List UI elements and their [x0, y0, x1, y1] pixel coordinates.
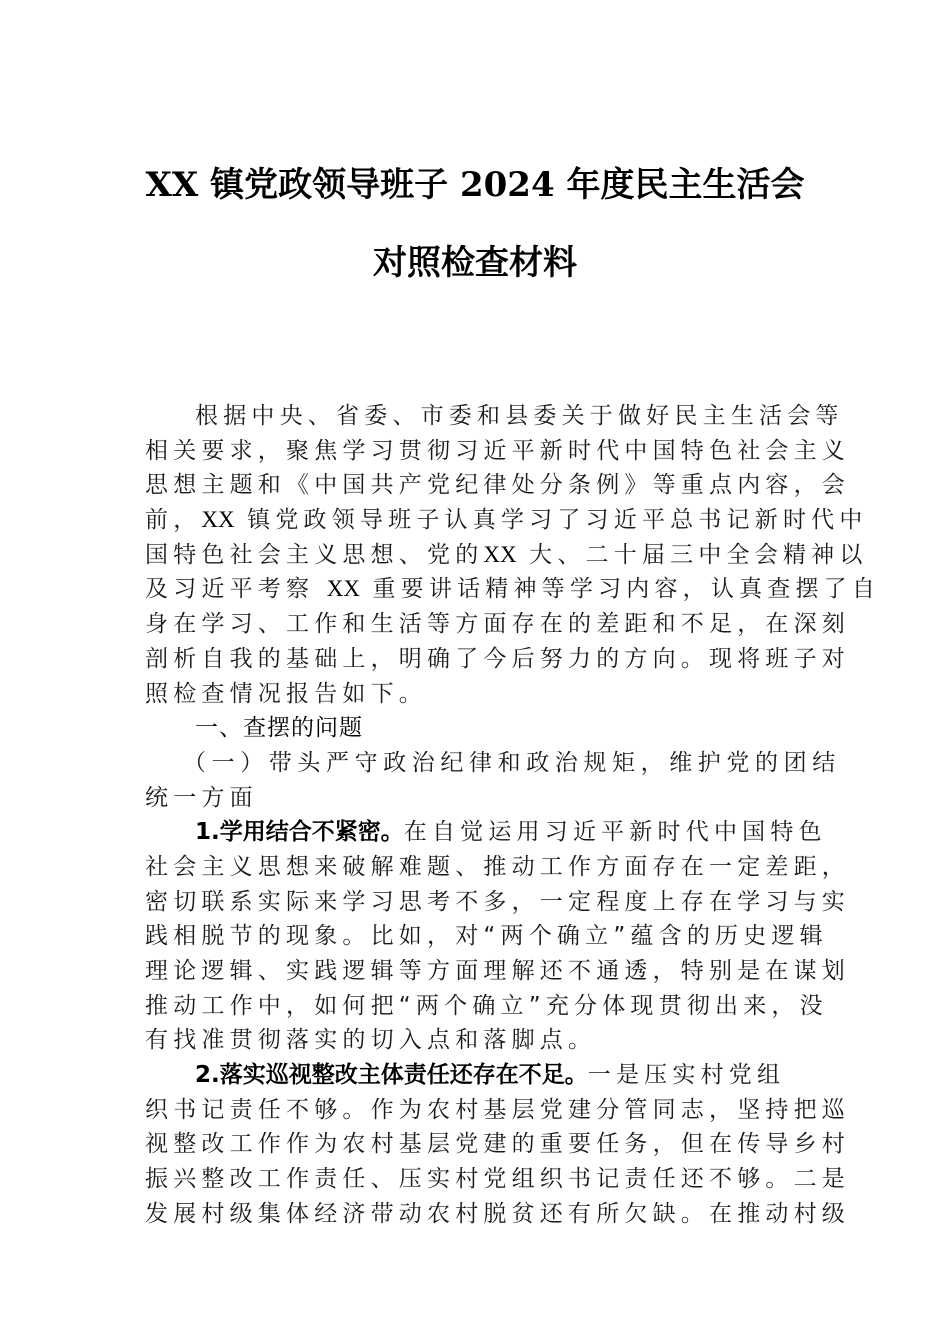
text-fragment: XX: [201, 507, 234, 532]
text-line: 发展村级集体经济带动农村脱贫还有所欠缺。在推动村级: [145, 1197, 805, 1232]
item-lead: 2.落实巡视整改主体责任还存在不足。: [195, 1062, 588, 1088]
section-heading: 一、查摆的问题: [145, 711, 805, 746]
text-line: 及习近平考察 XX 重要讲话精神等学习内容，认真查摆了自: [145, 572, 805, 607]
text-line: 理论逻辑、实践逻辑等方面理解还不通透，特别是在谋划: [145, 954, 805, 989]
text-fragment: XX: [327, 576, 360, 601]
text-line: 剖析自我的基础上，明确了今后努力的方向。现将班子对: [145, 642, 805, 677]
text-line: 前，XX 镇党政领导班子认真学习了习近平总书记新时代中: [145, 503, 805, 538]
text-line: 践相脱节的现象。比如，对“两个确立”蕴含的历史逻辑: [145, 919, 805, 954]
text-fragment: 重要讲话精神等学习内容，认真查摆了自: [372, 576, 880, 602]
title-part: XX: [146, 165, 211, 205]
text-line: 相关要求，聚焦学习贯彻习近平新时代中国特色社会主义: [145, 434, 805, 469]
text-line: 织书记责任不够。作为农村基层党建分管同志，坚持把巡: [145, 1093, 805, 1128]
text-line: 照检查情况报告如下。: [145, 677, 805, 712]
subsection-heading: （一）带头严守政治纪律和政治规矩，维护党的团结 统一方面: [145, 746, 805, 815]
problem-item-1: 1.学用结合不紧密。在自觉运用习近平新时代中国特色 社会主义思想来破解难题、推动…: [145, 815, 805, 1058]
title-line-1: XX 镇党政领导班子 2024 年度民主生活会: [0, 168, 950, 202]
text-line: 国特色社会主义思想、党的XX 大、二十届三中全会精神以: [145, 538, 805, 573]
text-fragment: 及习近平考察: [145, 576, 314, 602]
text-line: 根据中央、省委、市委和县委关于做好民主生活会等: [145, 399, 805, 434]
document-page: XX 镇党政领导班子 2024 年度民主生活会 对照检查材料 根据中央、省委、市…: [0, 0, 950, 1344]
text-line: 有找准贯彻落实的切入点和落脚点。: [145, 1023, 805, 1058]
document-title: XX 镇党政领导班子 2024 年度民主生活会 对照检查材料: [0, 168, 950, 280]
text-line: 身在学习、工作和生活等方面存在的差距和不足，在深刻: [145, 607, 805, 642]
intro-paragraph: 根据中央、省委、市委和县委关于做好民主生活会等 相关要求，聚焦学习贯彻习近平新时…: [145, 399, 805, 711]
text-line: 1.学用结合不紧密。在自觉运用习近平新时代中国特色: [145, 815, 805, 850]
text-line: 2.落实巡视整改主体责任还存在不足。一是压实村党组: [145, 1058, 805, 1093]
text-line: 社会主义思想来破解难题、推动工作方面存在一定差距，: [145, 850, 805, 885]
title-part: 年度民主生活会: [566, 165, 804, 205]
title-line-2: 对照检查材料: [0, 246, 950, 280]
text-fragment: 镇党政领导班子认真学习了习近平总书记新时代中: [247, 507, 867, 533]
text-fragment: 在自觉运用习近平新时代中国特色: [404, 819, 827, 845]
text-line: （一）带头严守政治纪律和政治规矩，维护党的团结: [145, 746, 805, 781]
text-line: 振兴整改工作责任、压实村党组织书记责任还不够。二是: [145, 1162, 805, 1197]
text-fragment: 国特色社会主义思想、党的: [145, 542, 483, 568]
document-body: 根据中央、省委、市委和县委关于做好民主生活会等 相关要求，聚焦学习贯彻习近平新时…: [145, 399, 805, 1232]
text-fragment: 大、二十届三中全会精神以: [529, 542, 867, 568]
text-line: 视整改工作作为农村基层党建的重要任务，但在传导乡村: [145, 1127, 805, 1162]
title-part: 镇党政领导班子: [210, 165, 448, 205]
problem-item-2: 2.落实巡视整改主体责任还存在不足。一是压实村党组 织书记责任不够。作为农村基层…: [145, 1058, 805, 1231]
text-line: 密切联系实际来学习思考不多，一定程度上存在学习与实: [145, 885, 805, 920]
text-fragment: 前，: [145, 507, 201, 533]
title-part: 2024: [448, 165, 566, 205]
text-line: 统一方面: [145, 781, 805, 816]
text-line: 推动工作中，如何把“两个确立”充分体现贯彻出来，没: [145, 989, 805, 1024]
text-line: 思想主题和《中国共产党纪律处分条例》等重点内容，会: [145, 468, 805, 503]
text-fragment: XX: [483, 542, 516, 567]
item-lead: 1.学用结合不紧密。: [195, 819, 404, 845]
text-fragment: 一是压实村党组: [588, 1062, 785, 1088]
